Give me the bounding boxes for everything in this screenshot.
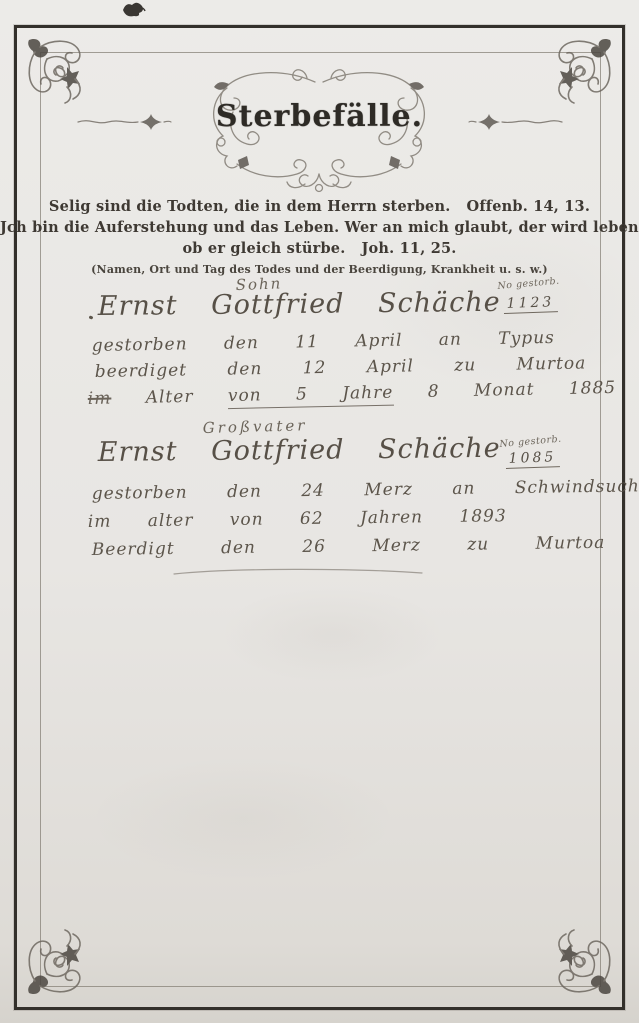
verse-3-text: ob er gleich stürbe. [182,240,345,257]
entry1-age-underlined: von 5 Jahre [228,383,394,409]
page-title: Sterbefälle. [0,99,639,134]
underline-flourish-icon [172,566,424,576]
entry2-register-no: 1085 [505,449,559,469]
entry1-age-rest: 8 Monat 1885 [428,378,617,402]
entry1-register-no: 1123 [503,294,557,314]
verse-1-text: Selig sind die Todten, die in dem Herrn … [49,198,451,215]
entry1-age-struck-word: im [88,389,112,409]
entry1-name: Ernst Gottfried Schäche [98,287,501,322]
entry2-relation: Großvater [203,416,308,437]
corner-ornament-bottom-left-icon [23,918,103,998]
corner-ornament-bottom-right-icon [536,918,616,998]
verse-line-3: ob er gleich stürbe.Joh. 11, 25. [0,240,639,257]
entry1-age-word: Alter [146,387,194,408]
verse-3-reference: Joh. 11, 25. [361,240,456,257]
verse-line-2: Jch bin die Auferstehung und das Leben. … [0,219,639,236]
scanned-register-page: { "page": { "title": "Sterbefälle.", "ve… [0,0,639,1023]
verse-2-text: Jch bin die Auferstehung und das Leben. … [0,219,639,236]
verse-1-reference: Offenb. 14, 13. [466,198,590,215]
ink-blot-mark [119,1,147,17]
verse-line-1: Selig sind die Todten, die in dem Herrn … [0,198,639,215]
entry2-name: Ernst Gottfried Schäche [98,433,501,468]
column-instructions: (Namen, Ort und Tag des Todes und der Be… [0,263,639,276]
